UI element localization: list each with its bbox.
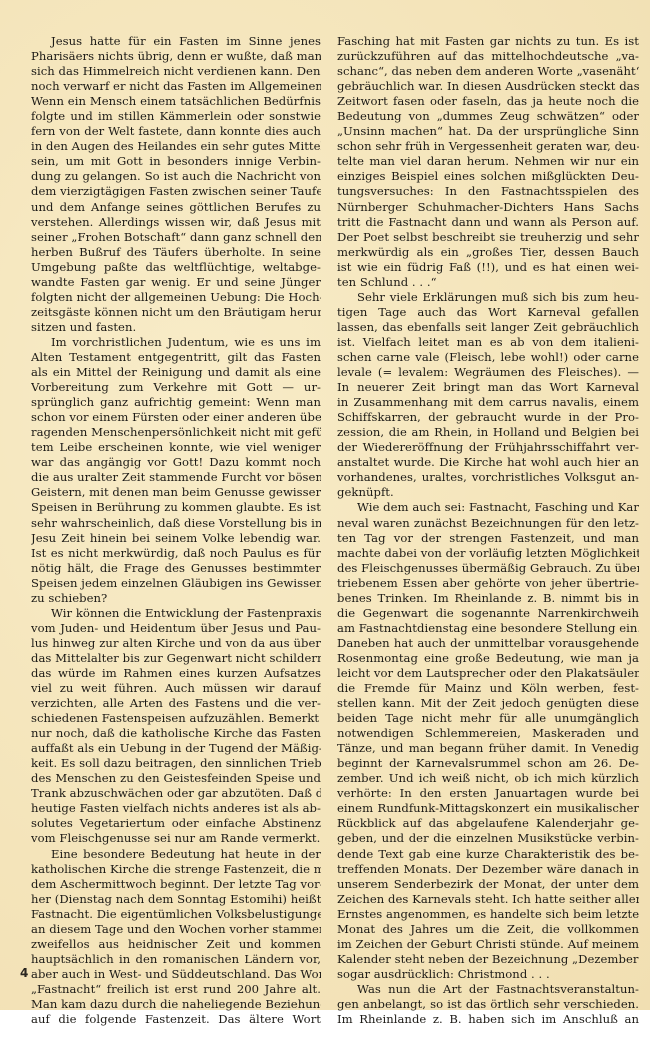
text-line: schon sehr früh in Vergessenheit geraten… — [337, 139, 639, 154]
text-line: die Gegenwart die sogenannte Narrenkirch… — [337, 606, 639, 621]
text-line: des Menschen zu den Geistesfeinden Speis… — [31, 771, 321, 786]
text-line: Trank abzuschwächen oder gar abzutöten. … — [31, 786, 321, 801]
text-line: gebräuchlich war. In diesen Ausdrücken s… — [337, 79, 639, 94]
text-line: gen anbelangt, so ist das örtlich sehr v… — [337, 997, 639, 1012]
text-line: Tänze, und man begann früher damit. In V… — [337, 741, 639, 756]
text-line: und dem Anfange seines göttlichen Berufe… — [31, 200, 321, 215]
text-line: heutige Fasten vielfach nichts anderes i… — [31, 801, 321, 816]
text-line: ist. Vielfach leitet man es ab von dem i… — [337, 335, 639, 350]
text-line: her (Dienstag nach dem Sonntag Estomihi)… — [31, 892, 321, 907]
text-line: In neuerer Zeit bringt man das Wort Karn… — [337, 380, 639, 395]
text-line: im Zeichen der Geburt Christi stünde. Au… — [337, 937, 639, 952]
text-line: beginnt der Karnevalsrummel schon am 26.… — [337, 756, 639, 771]
text-line: vom Fleischgenusse sei nur am Rande verm… — [31, 831, 321, 846]
text-line: fern von der Welt fastete, dann konnte d… — [31, 124, 321, 139]
text-line: sprünglich ganz aufrichtig gemeint: Wenn… — [31, 395, 321, 410]
text-line: tem Leibe erscheinen konnte, wie viel we… — [31, 440, 321, 455]
text-line: einziges Beispiel eines solchen mißglück… — [337, 169, 639, 184]
text-line: ragenden Menschenpersönlichkeit nicht mi… — [31, 425, 321, 440]
text-line: stellen kann. Mit der Zeit jedoch genügt… — [337, 696, 639, 711]
text-line: unserem Senderbezirk der Monat, der unte… — [337, 877, 639, 892]
text-line: leicht vor dem Lautsprecher oder den Pla… — [337, 666, 639, 681]
text-line: Schiffskarren, der gebraucht wurde in de… — [337, 410, 639, 425]
text-line: vom Juden- und Heidentum über Jesus und … — [31, 621, 321, 636]
text-line: dem Aschermittwoch beginnt. Der letzte T… — [31, 877, 321, 892]
text-line: machte dabei von der vorläufig letzten M… — [337, 546, 639, 561]
text-line: Geistern, mit denen man beim Genusse gew… — [31, 485, 321, 500]
text-line: lus hinweg zur alten Kirche und von da a… — [31, 636, 321, 651]
text-line: Wenn ein Mensch einem tatsächlichen Bedü… — [31, 94, 321, 109]
text-line: katholischen Kirche die strenge Fastenze… — [31, 862, 321, 877]
text-line: sein, um mit Gott in besonders innige Ve… — [31, 154, 321, 169]
text-line: telte man viel daran herum. Nehmen wir n… — [337, 154, 639, 169]
text-line: verstehen. Allerdings wissen wir, daß Je… — [31, 215, 321, 230]
text-line: sogar ausdrücklich: Christmond . . . — [337, 967, 639, 982]
text-line: Ernstes angenommen, es handelte sich bei… — [337, 907, 639, 922]
magazine-page: Jesus hatte für ein Fasten im Sinne jene… — [0, 0, 650, 1010]
text-line: sich das Himmelreich nicht verdienen kan… — [31, 64, 321, 79]
text-line: auf die folgende Fastenzeit. Das ältere … — [31, 1012, 321, 1027]
text-line: ist wie ein füdrig Faß (!!), und es hat … — [337, 260, 639, 275]
text-line: die aus uralter Zeit stammende Furcht vo… — [31, 470, 321, 485]
text-line: die Fremde für Mainz und Köln werben, fe… — [337, 681, 639, 696]
paragraph-first-line: Im vorchristlichen Judentum, wie es uns … — [31, 335, 321, 350]
text-line: dende Text gab eine kurze Charakteristik… — [337, 847, 639, 862]
text-line: Pharisäers nichts übrig, denn er wußte, … — [31, 49, 321, 64]
text-line: lassen, das ebenfalls seit langer Zeit g… — [337, 320, 639, 335]
paragraph-first-line: Sehr viele Erklärungen muß sich bis zum … — [337, 290, 639, 305]
text-line: Kalender steht neben der Bezeichnung „De… — [337, 952, 639, 967]
text-line: ten Tag vor der strengen Fastenzeit, und… — [337, 531, 639, 546]
text-line: Daneben hat auch der unmittelbar vorausg… — [337, 636, 639, 651]
text-line: folgten nicht der allgemeinen Uebung: Di… — [31, 290, 321, 305]
text-line: schiedenen Fastenspeisen aufzuzählen. Be… — [31, 711, 321, 726]
text-line: Bedeutung von „dummes Zeug schwätzen“ od… — [337, 109, 639, 124]
text-line: schon vor einem Fürsten oder einer ander… — [31, 410, 321, 425]
text-line: merkwürdig als ein „großes Tier, dessen … — [337, 245, 639, 260]
text-line: auffaßt als ein Uebung in der Tugend der… — [31, 741, 321, 756]
text-line: levale (= levalem: Wegräumen des Fleisch… — [337, 365, 639, 380]
text-line: Rosenmontag eine große Bedeutung, wie ma… — [337, 651, 639, 666]
text-line: Ist es nicht merkwürdig, daß noch Paulus… — [31, 546, 321, 561]
text-line: tungsversuches: In den Fastnachtsspielen… — [337, 184, 639, 199]
text-line: „Unsinn machen“ hat. Da der ursprünglich… — [337, 124, 639, 139]
text-line: sitzen und fasten. — [31, 320, 321, 335]
text-line: verhörte: In den ersten Januartagen wurd… — [337, 786, 639, 801]
paragraph-first-line: Jesus hatte für ein Fasten im Sinne jene… — [31, 34, 321, 49]
text-line: hauptsächlich in den romanischen Ländern… — [31, 952, 321, 967]
text-line: des Fleischgenusses übermäßig Gebrauch. … — [337, 561, 639, 576]
text-line: noch verwarf er nicht das Fasten im Allg… — [31, 79, 321, 94]
text-line: wandte Fasten gar wenig. Er und seine Jü… — [31, 275, 321, 290]
text-line: tritt die Fastnacht dann und wann als Pe… — [337, 215, 639, 230]
text-line: als ein Mittel der Reinigung und damit a… — [31, 365, 321, 380]
text-line: seiner „Frohen Botschaft“ dann ganz schn… — [31, 230, 321, 245]
text-line: das würde im Rahmen eines kurzen Aufsatz… — [31, 666, 321, 681]
text-line: Speisen in Berührung zu kommen glaubte. … — [31, 500, 321, 515]
text-line: Alten Testament entgegentritt, gilt das … — [31, 350, 321, 365]
text-line: zweifellos aus heidnischer Zeit und komm… — [31, 937, 321, 952]
text-line: Zeichen des Karnevals steht. Ich hatte s… — [337, 892, 639, 907]
text-line: geben, und der die einzelnen Musikstücke… — [337, 831, 639, 846]
text-line: verzichten, alle Arten des Fastens und d… — [31, 696, 321, 711]
text-line: zember. Und ich weiß nicht, ob ich mich … — [337, 771, 639, 786]
text-line: geknüpft. — [337, 485, 639, 500]
text-line: an diesem Tage und den Wochen vorher sta… — [31, 922, 321, 937]
text-line: in den Augen des Heilandes ein sehr gute… — [31, 139, 321, 154]
text-line: einem Rundfunk-Mittagskonzert ein musika… — [337, 801, 639, 816]
text-line: keit. Es soll dazu beitragen, den sinnli… — [31, 756, 321, 771]
text-line: das Mittelalter bis zur Gegenwart nicht … — [31, 651, 321, 666]
text-line: dung zu gelangen. So ist auch die Nachri… — [31, 169, 321, 184]
text-line: „Fastnacht“ freilich ist erst rund 200 J… — [31, 982, 321, 997]
text-line: ten Schlund . . .“ — [337, 275, 639, 290]
text-line: Vorbereitung zum Verkehre mit Gott — ur- — [31, 380, 321, 395]
text-line: beiden Tage nicht mehr für alle unumgäng… — [337, 711, 639, 726]
text-line: dem vierzigtägigen Fasten zwischen seine… — [31, 184, 321, 199]
text-line: notwendigen Schlemmereien, Maskeraden un… — [337, 726, 639, 741]
text-column-left: Jesus hatte für ein Fasten im Sinne jene… — [31, 34, 321, 1027]
paragraph-first-line: Wie dem auch sei: Fastnacht, Fasching un… — [337, 500, 639, 515]
text-line: tigen Tage auch das Wort Karneval gefall… — [337, 305, 639, 320]
text-line: Rückblick auf das abgelaufene Kalenderja… — [337, 816, 639, 831]
text-line: nötig hält, die Frage des Genusses besti… — [31, 561, 321, 576]
text-line: anstaltet wurde. Die Kirche hat wohl auc… — [337, 455, 639, 470]
text-line: Jesu Zeit hinein bei seinem Volke lebend… — [31, 531, 321, 546]
text-line: Monat des Jahres um die Zeit, die vollko… — [337, 922, 639, 937]
text-line: treffenden Monats. Der Dezember wäre dan… — [337, 862, 639, 877]
text-line: zurückzuführen auf das mittelhochdeutsch… — [337, 49, 639, 64]
text-line: solutes Vegetariertum oder einfache Abst… — [31, 816, 321, 831]
text-line: benes Trinken. Im Rheinlande z. B. nimmt… — [337, 591, 639, 606]
text-line: Nürnberger Schuhmacher-Dichters Hans Sac… — [337, 200, 639, 215]
paragraph-first-line: Eine besondere Bedeutung hat heute in de… — [31, 847, 321, 862]
text-line: Fasching hat mit Fasten gar nichts zu tu… — [337, 34, 639, 49]
text-line: aber auch in West- und Süddeutschland. D… — [31, 967, 321, 982]
text-line: schen carne vale (Fleisch, lebe wohl!) o… — [337, 350, 639, 365]
text-line: schanc“, das neben dem anderen Worte „va… — [337, 64, 639, 79]
text-line: zeitsgäste können nicht um den Bräutigam… — [31, 305, 321, 320]
text-line: sehr wahrscheinlich, daß diese Vorstellu… — [31, 516, 321, 531]
text-line: war das angängig vor Gott! Dazu kommt no… — [31, 455, 321, 470]
text-line: Fastnacht. Die eigentümlichen Volksbelus… — [31, 907, 321, 922]
text-line: Umgebung paßte das weltflüchtige, weltab… — [31, 260, 321, 275]
text-line: Zeitwort fasen oder faseln, das ja heute… — [337, 94, 639, 109]
text-line: triebenem Essen aber gehörte von jeher ü… — [337, 576, 639, 591]
text-line: nur noch, daß die katholische Kirche das… — [31, 726, 321, 741]
text-line: vorhandenes, uraltes, vorchristliches Vo… — [337, 470, 639, 485]
text-line: der Wiedereröffnung der Frühjahrsschiffa… — [337, 440, 639, 455]
text-line: Der Poet selbst beschreibt sie treuherzi… — [337, 230, 639, 245]
text-line: folgte und im stillen Kämmerlein oder so… — [31, 109, 321, 124]
text-column-right: Fasching hat mit Fasten gar nichts zu tu… — [337, 34, 639, 1027]
page-number: 4 — [20, 966, 28, 980]
text-line: Speisen jedem einzelnen Gläubigen ins Ge… — [31, 576, 321, 591]
text-line: herben Bußruf des Täufers überholte. In … — [31, 245, 321, 260]
paragraph-first-line: Was nun die Art der Fastnachtsveranstalt… — [337, 982, 639, 997]
text-line: in Zusammenhang mit dem carrus navalis, … — [337, 395, 639, 410]
text-line: Im Rheinlande z. B. haben sich im Anschl… — [337, 1012, 639, 1027]
text-line: am Fastnachtdienstag eine besondere Stel… — [337, 621, 639, 636]
text-line: neval waren zunächst Bezeichnungen für d… — [337, 516, 639, 531]
text-line: zession, die am Rhein, in Holland und Be… — [337, 425, 639, 440]
paragraph-first-line: Wir können die Entwicklung der Fastenpra… — [31, 606, 321, 621]
text-line: zu schieben? — [31, 591, 321, 606]
text-line: viel zu weit führen. Auch müssen wir dar… — [31, 681, 321, 696]
text-line: Man kam dazu durch die naheliegende Bezi… — [31, 997, 321, 1012]
